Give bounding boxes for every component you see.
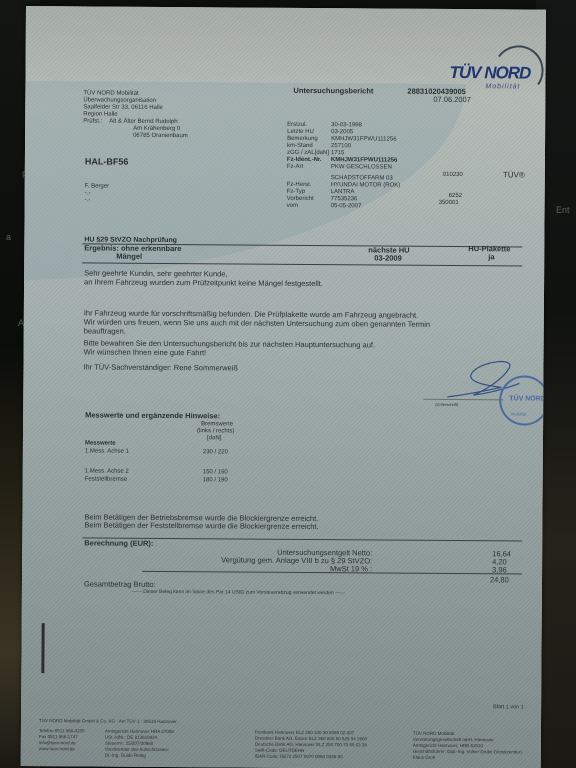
footer-text: Swift-Code: DEUTDEHH [255,748,305,753]
footer-text: Amtsgericht Hannover HRA 27008 [105,729,174,734]
vehicle-field-label: vom [287,203,298,210]
tuev-nord-logo: TÜV NORD [449,63,530,84]
examiner-label: Prüfst.: [83,118,102,125]
plakette-value: ja [488,253,494,260]
footer-text: Dr.-Ing. Guido Rettig [105,753,146,758]
measurement-label: 1.Mess. Achse 2 [85,468,129,475]
footer-text: Deutsche Bank AG, Hannover BLZ 250 700 7… [255,742,367,748]
brake-header: [daN] [207,435,221,442]
inspection-result-line2: Mängel [116,253,142,260]
letter-text: Wir wünschen Ihnen eine gute Fahrt! [84,347,207,357]
brake-note: Beim Betätigen der Feststellbremse wurde… [84,520,318,531]
code-3: 350001 [439,200,459,207]
footer-company: TÜV NORD Mobilität GmbH & Co. KG · Am TÜ… [39,717,177,725]
next-hu-value: 03-2009 [374,254,402,261]
footer-text: Steuernr.: 25/207/30988 [105,741,153,746]
measurement-value: 150 / 160 [203,469,228,476]
footer-text: www.tuev-nord.de [39,746,75,751]
footer-text: USt.-IdNr.: DE 813618924 [105,735,157,740]
footer-text: IBAN-Code: DE72 2507 0070 0060 0338 00 [255,754,343,760]
footer-text: Vorsitzender des Aufsichtsrates: [105,747,169,752]
key-label: a [6,232,11,242]
letter-text: an Ihrem Fahrzeug wurden zum Prüfzeitpun… [84,277,323,288]
footer-text: Amtsgericht Hannover, HRB 61510 [413,743,483,748]
measurement-label: 1.Mess. Achse 1 [85,448,129,455]
measurements-title: Messwerte und ergänzende Hinweise: [85,410,220,420]
footer-text: Verwaltungsgesellschaft mbH, Hannover [413,737,494,743]
footer-text: Telefon 0511 986-0205 [39,728,85,733]
footer-text: TÜV NORD Mobilität [413,731,455,736]
measurement-label: Feststellbremse [85,476,127,483]
billing-total-value: 24,80 [490,575,509,584]
tax-note: —— Dieser Beleg kann im Sinne des Par 14… [132,589,345,597]
page-info: Blatt 1 von 1 [493,704,524,711]
owner-line: -.- [85,197,91,204]
footer-text: Klaus Groh [413,755,436,760]
footer-text: Postbank Hannover BLZ 250 100 30 8089 02… [255,730,354,736]
measurements-row-header: Messwerte [85,440,116,447]
footer-text: Geschäftsführer: Dipl.-Ing. Volker Drube… [413,749,522,755]
billing-total-label: Gesamtbetrag Brutto: [84,579,156,589]
report-date: 07.06.2007 [433,95,471,104]
tuev-mark: TÜV® [503,171,525,178]
side-barcode [41,623,44,673]
report-label: Untersuchungsbericht [293,86,373,96]
measurement-value: 230 / 220 [203,449,228,456]
code-1: 010230 [443,172,463,179]
logo-subtitle: Mobilität [485,83,520,90]
vehicle-field-label: Fz-Art [287,164,303,171]
inspection-report-document: TÜV NORD Mobilität Untersuchungsbericht … [21,6,546,768]
vehicle-field-value: 05-05-2007 [331,203,362,210]
footer-text: Dresdner Bank AG, Essen BLZ 360 800 80 5… [255,736,367,742]
license-plate: HAL-BF56 [85,156,129,166]
footer-text: info@tuev-nord.de [39,740,76,745]
footer-text: Fax 0511 986-1747 [39,734,78,739]
letter-text: beauftragen. [84,326,126,335]
measurement-value: 180 / 190 [203,477,228,484]
examiner-signature-line: Ihr TÜV-Sachverständiger: Rene Sommerwei… [83,362,238,372]
examiner-city: 06785 Oranienbaum [133,133,188,140]
vehicle-field-value: PKW GESCHLOSSEN [331,164,392,171]
key-label: Ent [556,205,570,215]
billing-title: Berechnung (EUR): [84,538,153,547]
owner-line: -.- [85,190,91,197]
official-stamp: TÜV NORD Mobilität [499,375,546,425]
